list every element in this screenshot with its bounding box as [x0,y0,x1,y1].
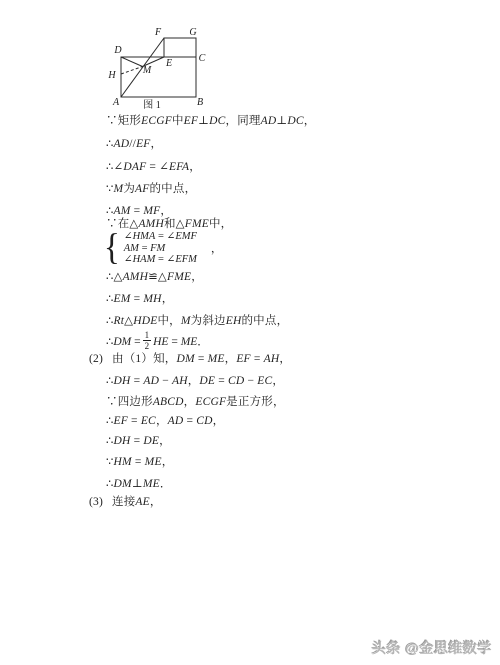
geometry-figure: A B C D E F G H M 图 1 [0,0,230,115]
proof-line-17: ∵HM = ME， [106,456,173,469]
equation-system-rows: ∠HMA = ∠EMF AM = FM ∠HAM = ∠EFM [124,231,197,266]
vertex-label-E: E [165,58,172,69]
part3-intro: 连接AE， [112,496,162,509]
system-row-3: ∠HAM = ∠EFM [124,254,197,266]
proof-line-8: ∴△AMH≌△FME， [106,271,203,284]
part3-number: (3) [89,496,103,509]
square-ABCD [121,57,196,97]
fraction-pre: ∴DM = [106,334,141,348]
vertex-label-B: B [197,97,203,108]
proof-line-18: ∴DM⊥ME． [106,478,172,491]
rectangle-ECGF [164,38,196,57]
proof-line-10: ∴Rt△HDE中，M为斜边EH的中点， [106,315,288,328]
vertex-label-D: D [113,45,122,56]
system-trailing-comma: ， [211,240,223,256]
proof-line-2: ∴AD//EF， [106,138,162,151]
vertex-label-H: H [107,70,116,81]
figure-caption: 图 1 [143,99,161,111]
proof-line-13: ∴DH = AD − AH，DE = CD − EC， [106,375,284,388]
proof-line-1: ∵矩形ECGF中EF⊥DC，同理AD⊥DC， [106,115,315,128]
vertex-label-C: C [199,53,206,64]
fraction-denominator: 2 [145,341,150,351]
proof-line-5: ∴AM = MF， [106,205,172,218]
part2-number: (2) [89,353,103,366]
fraction-post: HE = ME． [153,333,209,349]
equation-system: { ∠HMA = ∠EMF AM = FM ∠HAM = ∠EFM ， [103,231,222,266]
proof-line-9: ∴EM = MH， [106,293,173,306]
system-row-1: ∠HMA = ∠EMF [124,231,197,243]
part2-intro-line: (2) 由（1）知，DM = ME，EF = AH， [89,353,291,366]
left-brace: { [104,231,120,265]
vertex-label-A: A [112,97,120,108]
part2-intro: 由（1）知，DM = ME，EF = AH， [112,353,291,366]
vertex-label-F: F [154,27,162,38]
proof-line-14: ∵四边形ABCD，ECGF是正方形， [106,396,285,409]
fraction-numerator: 1 [143,330,152,341]
segment-DM [121,57,143,67]
proof-line-16: ∴DH = DE， [106,435,171,448]
vertex-label-G: G [189,27,196,38]
proof-line-4: ∵M为AF的中点， [106,183,196,196]
one-half-fraction: 1 2 [143,330,152,351]
document-page: A B C D E F G H M 图 1 ∵矩形ECGF中EF⊥DC，同理AD… [0,0,500,665]
proof-line-fraction: ∴DM = 1 2 HE = ME． [106,330,209,351]
vertex-label-M: M [142,65,152,76]
segment-HM-dashed [121,67,143,75]
toutiao-watermark: 头条 @金思维数学 [372,638,492,658]
part3-intro-line: (3) 连接AE， [89,496,162,509]
proof-line-3: ∴∠DAF = ∠EFA， [106,161,201,174]
proof-line-6: ∵在△AMH和△FME中， [106,218,232,231]
proof-line-15: ∴EF = EC，AD = CD， [106,415,224,428]
system-row-2: AM = FM [124,243,197,255]
